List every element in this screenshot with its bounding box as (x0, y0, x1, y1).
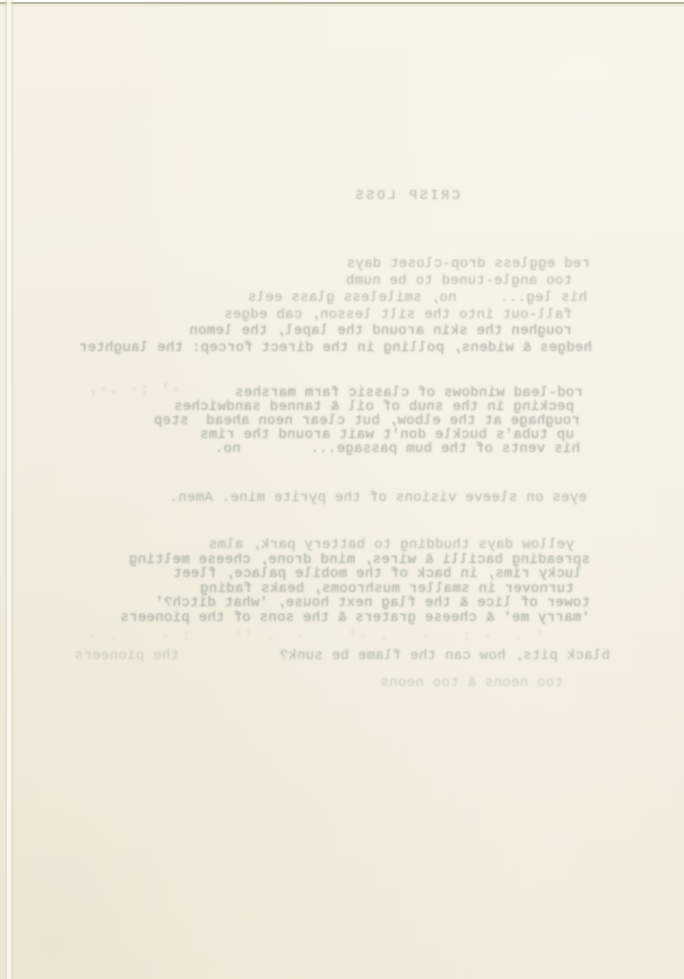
poem-line: fall-out into the silt lesson, cab edges (224, 307, 572, 323)
margin-smudge: ·' ;· .·, (86, 382, 180, 398)
poem-line: lucky rims, in back of the mobile palace… (173, 566, 582, 582)
poem-line: yellow days thudding to battery park, al… (209, 537, 574, 553)
scanned-page: CRISP LOSS red eggless drop-closet days … (0, 0, 684, 979)
poem-line: hedges & widens, polling in the direct f… (79, 340, 592, 356)
poem-line: black pits, how can the flame be sunk? (279, 648, 610, 664)
poem-line: too angle-tuned to be numb (346, 273, 572, 289)
poem-line: roughen the skin around the lapel, the l… (189, 323, 572, 339)
poem-line: red eggless drop-closet days (346, 256, 590, 272)
poem-line: eyes on sleeve visions of the pyrite min… (169, 490, 587, 506)
poem-line: too neons & too neons (380, 675, 563, 691)
poem-line: tower of lice & the flag next house, 'wh… (155, 595, 590, 611)
poem-line-faint-suffix: the pioneers (75, 648, 179, 664)
showthrough-text-layer: CRISP LOSS red eggless drop-closet days … (0, 0, 684, 979)
ghost-text-line: ' . · : ·͏ . ·' · . '' : · . · (86, 629, 544, 645)
poem-title: CRISP LOSS (353, 189, 460, 204)
poem-line: his vents of the bum passage... no. (215, 441, 580, 457)
poem-line: 'marry me' & cheese graters & the sons o… (120, 610, 590, 626)
poem-line: his leg... no, smileless glass eels (248, 290, 587, 306)
